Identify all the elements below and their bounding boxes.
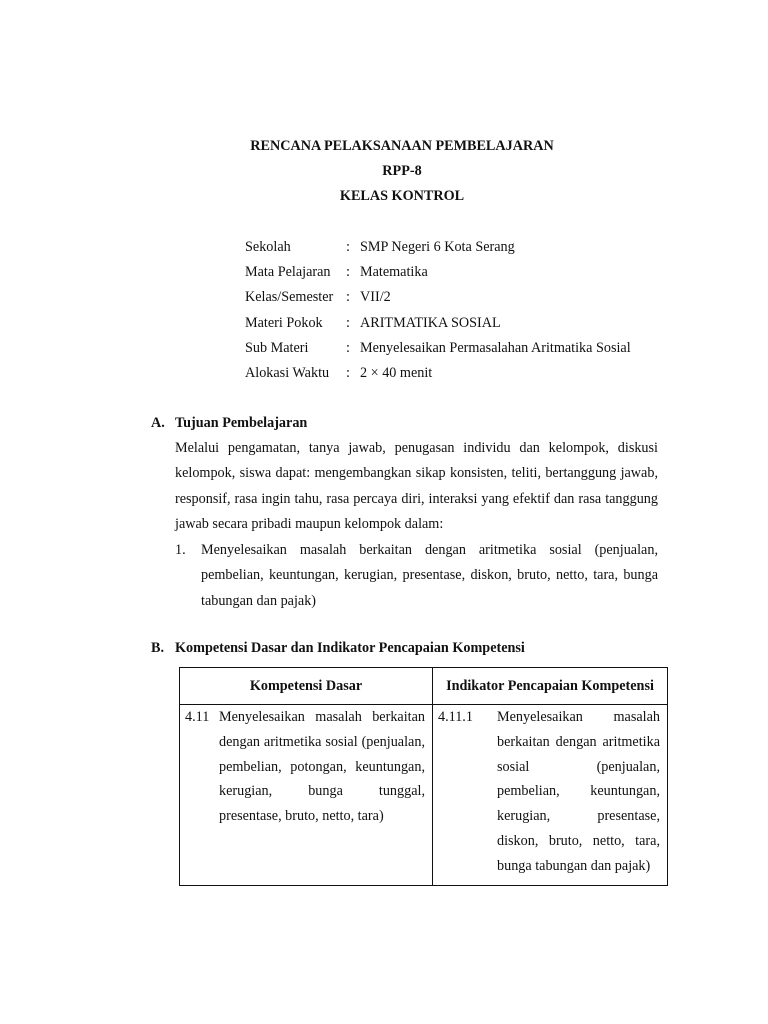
- identity-label: Materi Pokok: [245, 313, 346, 333]
- kd-text: Menyelesaikan masalah berkaitan dengan a…: [219, 705, 425, 829]
- identity-label: Kelas/Semester: [245, 287, 346, 307]
- ipk-code: 4.11.1: [438, 705, 473, 730]
- section-a-paragraph: Melalui pengamatan, tanya jawab, penugas…: [175, 436, 658, 538]
- identity-label: Sub Materi: [245, 338, 346, 358]
- section-letter: B.: [151, 640, 175, 657]
- ipk-text: Menyelesaikan masalah berkaitan dengan a…: [497, 705, 660, 879]
- list-text: Menyelesaikan masalah berkaitan dengan a…: [201, 538, 658, 614]
- identity-row-subtopic: Sub Materi:Menyelesaikan Permasalahan Ar…: [245, 338, 631, 363]
- identity-label: Mata Pelajaran: [245, 262, 346, 282]
- section-title: Tujuan Pembelajaran: [175, 415, 307, 431]
- colon: :: [346, 287, 360, 307]
- section-a-heading: A.Tujuan Pembelajaran: [151, 415, 307, 432]
- identity-value: SMP Negeri 6 Kota Serang: [360, 239, 515, 255]
- competency-table: Kompetensi Dasar Indikator Pencapaian Ko…: [179, 667, 668, 886]
- ipk-cell: 4.11.1 Menyelesaikan masalah berkaitan d…: [433, 705, 668, 886]
- identity-label: Sekolah: [245, 237, 346, 257]
- colon: :: [346, 338, 360, 358]
- identity-row-topic: Materi Pokok:ARITMATIKA SOSIAL: [245, 313, 631, 338]
- identity-row-time: Alokasi Waktu:2 × 40 menit: [245, 363, 631, 388]
- colon: :: [346, 262, 360, 282]
- header-indikator: Indikator Pencapaian Kompetensi: [433, 668, 668, 705]
- section-b-heading: B.Kompetensi Dasar dan Indikator Pencapa…: [151, 640, 525, 657]
- identity-value: 2 × 40 menit: [360, 365, 432, 381]
- identity-value: Menyelesaikan Permasalahan Aritmatika So…: [360, 340, 631, 356]
- table-row: 4.11 Menyelesaikan masalah berkaitan den…: [180, 705, 668, 886]
- colon: :: [346, 363, 360, 383]
- colon: :: [346, 313, 360, 333]
- identity-value: VII/2: [360, 289, 391, 305]
- objective-list-item: 1. Menyelesaikan masalah berkaitan denga…: [175, 538, 658, 614]
- identity-value: Matematika: [360, 264, 428, 280]
- identity-block: Sekolah:SMP Negeri 6 Kota Serang Mata Pe…: [245, 237, 631, 388]
- identity-value: ARITMATIKA SOSIAL: [360, 315, 501, 331]
- section-letter: A.: [151, 415, 175, 432]
- ipk-cell-content: 4.11.1 Menyelesaikan masalah berkaitan d…: [438, 705, 660, 885]
- list-number: 1.: [175, 538, 186, 563]
- table-header-row: Kompetensi Dasar Indikator Pencapaian Ko…: [180, 668, 668, 705]
- identity-row-subject: Mata Pelajaran:Matematika: [245, 262, 631, 287]
- kd-cell-content: 4.11 Menyelesaikan masalah berkaitan den…: [185, 705, 425, 835]
- section-title: Kompetensi Dasar dan Indikator Pencapaia…: [175, 640, 525, 656]
- identity-row-class: Kelas/Semester:VII/2: [245, 287, 631, 312]
- kd-cell: 4.11 Menyelesaikan masalah berkaitan den…: [180, 705, 433, 886]
- identity-label: Alokasi Waktu: [245, 363, 346, 383]
- colon: :: [346, 237, 360, 257]
- document-title: RENCANA PELAKSANAAN PEMBELAJARAN: [0, 138, 768, 155]
- kd-code: 4.11: [185, 705, 209, 730]
- document-code: RPP-8: [0, 163, 768, 180]
- header-kompetensi-dasar: Kompetensi Dasar: [180, 668, 433, 705]
- class-group: KELAS KONTROL: [0, 188, 768, 205]
- identity-row-school: Sekolah:SMP Negeri 6 Kota Serang: [245, 237, 631, 262]
